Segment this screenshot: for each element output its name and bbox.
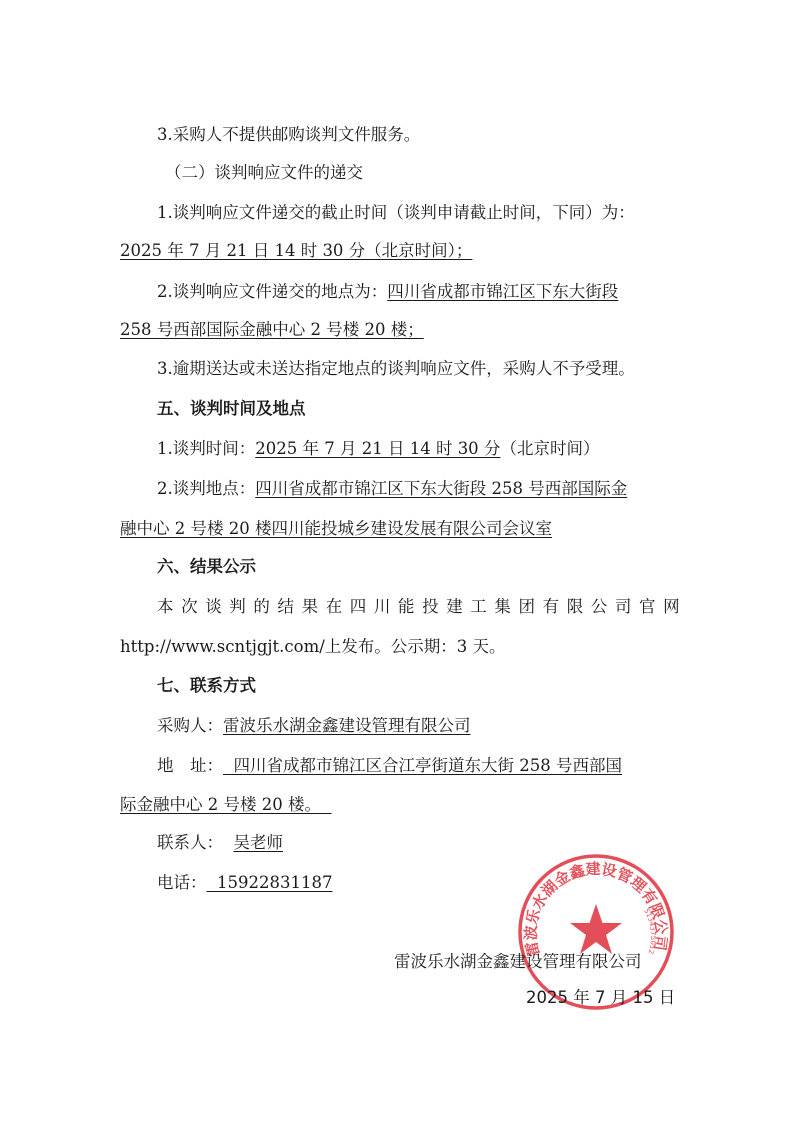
address-value-cont-text: 际金融中心 2 号楼 20 楼。 — [120, 795, 321, 814]
line-deadline-label: 1.谈判响应文件递交的截止时间（谈判申请截止时间，下同）为： — [157, 202, 686, 224]
line-negotiation-time: 1.谈判时间：2025 年 7 月 21 日 14 时 30 分（北京时间） — [157, 438, 686, 460]
line-result-publication: 本次谈判的结果在四川能投建工集团有限公司官网 — [157, 596, 686, 618]
submission-place-value: 四川省成都市锦江区下东大街段 — [387, 282, 618, 301]
phone-label: 电话： — [157, 873, 207, 892]
negotiation-place-label: 2.谈判地点： — [157, 479, 255, 498]
negotiation-time-value: 2025 年 7 月 21 日 14 时 30 分 — [255, 439, 500, 458]
line-late-submission: 3.逾期送达或未送达指定地点的谈判响应文件，采购人不予受理。 — [157, 358, 686, 380]
line-phone: 电话： 15922831187 — [157, 872, 686, 894]
section-7-heading: 七、联系方式 — [157, 675, 686, 697]
negotiation-place-value-cont: 融中心 2 号楼 20 楼四川能投城乡建设发展有限公司会议室 — [120, 519, 552, 538]
phone-value-text: 15922831187 — [217, 873, 332, 892]
line-deadline-value: 2025 年 7 月 21 日 14 时 30 分（北京时间）； — [120, 240, 686, 262]
address-value: 四川省成都市锦江区合江亭街道东大街 258 号西部国 — [223, 756, 622, 775]
address-value-cont: 际金融中心 2 号楼 20 楼。 — [120, 795, 331, 814]
line-negotiation-place-cont: 融中心 2 号楼 20 楼四川能投城乡建设发展有限公司会议室 — [120, 518, 686, 540]
signature-date: 2025 年 7 月 15 日 — [526, 987, 675, 1009]
negotiation-time-label: 1.谈判时间： — [157, 439, 255, 458]
signature-company: 雷波乐水湖金鑫建设管理有限公司 — [394, 951, 642, 973]
deadline-value: 2025 年 7 月 21 日 14 时 30 分（北京时间）； — [120, 241, 472, 260]
purchaser-label: 采购人： — [157, 716, 223, 735]
submission-place-label: 2.谈判响应文件递交的地点为： — [157, 282, 387, 301]
negotiation-time-suffix: （北京时间） — [500, 439, 599, 458]
line-contact: 联系人： 吴老师 — [157, 832, 686, 854]
section-6-heading: 六、结果公示 — [157, 556, 686, 578]
line-address: 地 址： 四川省成都市锦江区合江亭街道东大街 258 号西部国 — [157, 755, 686, 777]
subheading-submission: （二）谈判响应文件的递交 — [165, 162, 731, 184]
phone-value: 15922831187 — [207, 873, 333, 892]
address-label: 地 址： — [157, 756, 223, 775]
contact-value: 吴老师 — [234, 833, 284, 852]
line-no-mail-order: 3.采购人不提供邮购谈判文件服务。 — [157, 124, 686, 146]
seal-star-icon — [570, 904, 622, 954]
submission-place-value-cont: 258 号西部国际金融中心 2 号楼 20 楼； — [120, 320, 424, 339]
line-purchaser: 采购人：雷波乐水湖金鑫建设管理有限公司 — [157, 715, 686, 737]
negotiation-place-value: 四川省成都市锦江区下东大街段 258 号西部国际金 — [255, 479, 627, 498]
purchaser-value: 雷波乐水湖金鑫建设管理有限公司 — [223, 716, 471, 735]
document-page: 3.采购人不提供邮购谈判文件服务。 （二）谈判响应文件的递交 1.谈判响应文件递… — [0, 0, 793, 1121]
line-negotiation-place: 2.谈判地点：四川省成都市锦江区下东大街段 258 号西部国际金 — [157, 478, 686, 500]
contact-label: 联系人： — [157, 833, 223, 852]
seal-serial-text: 5134375012769 — [516, 852, 657, 955]
line-submission-place: 2.谈判响应文件递交的地点为：四川省成都市锦江区下东大街段 — [157, 281, 686, 303]
address-value-text: 四川省成都市锦江区合江亭街道东大街 258 号西部国 — [234, 756, 622, 775]
line-address-cont: 际金融中心 2 号楼 20 楼。 — [120, 794, 686, 816]
section-5-heading: 五、谈判时间及地点 — [157, 398, 686, 420]
line-result-publication-cont: http://www.scntjgjt.com/上发布。公示期：3 天。 — [120, 636, 686, 658]
line-submission-place-cont: 258 号西部国际金融中心 2 号楼 20 楼； — [120, 319, 686, 341]
